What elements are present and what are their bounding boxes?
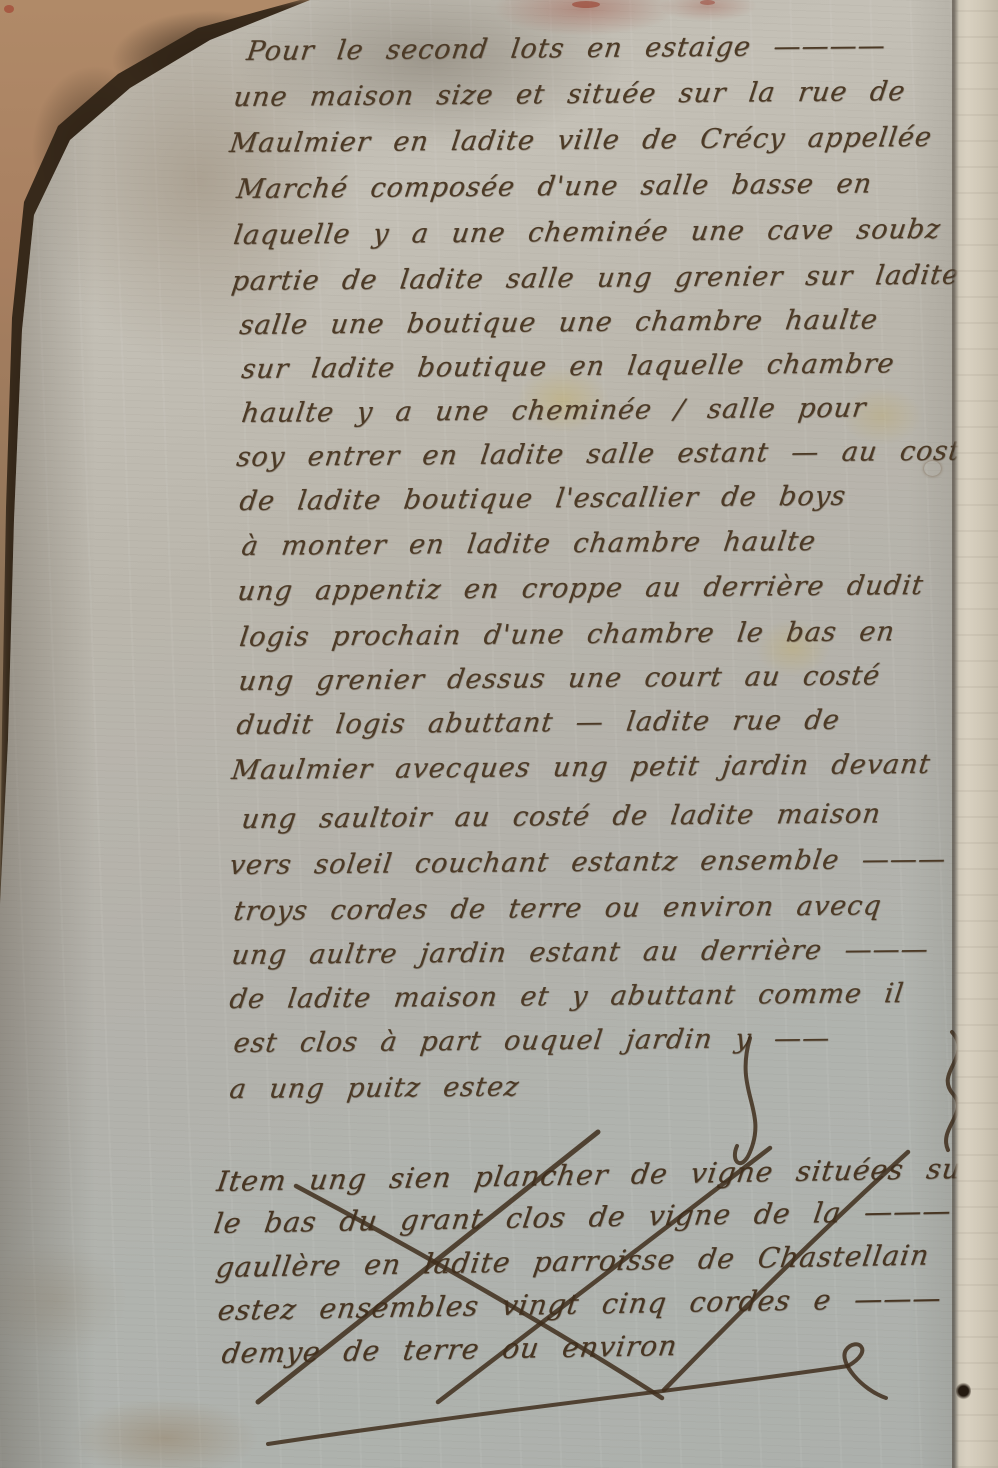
red-speck	[4, 5, 14, 13]
crossout-stroke	[664, 1152, 908, 1390]
ink-flourishes-and-crossout	[0, 0, 998, 1468]
bottom-sweep-squiggle	[844, 1344, 886, 1398]
red-speck	[700, 0, 715, 5]
dark-ink-spot	[956, 1382, 971, 1400]
crossout-stroke	[258, 1132, 598, 1402]
jardin-descender-flourish	[735, 1038, 756, 1163]
red-speck	[572, 1, 600, 8]
manuscript-page: Pour le second lots en estaige ———— une …	[0, 0, 998, 1468]
right-page-fold-edge	[952, 0, 998, 1468]
crossout-stroke	[296, 1186, 662, 1398]
manuscript-photo: Pour le second lots en estaige ———— une …	[0, 0, 998, 1468]
wormhole	[924, 461, 941, 476]
bottom-sweep-flourish	[268, 1366, 848, 1444]
